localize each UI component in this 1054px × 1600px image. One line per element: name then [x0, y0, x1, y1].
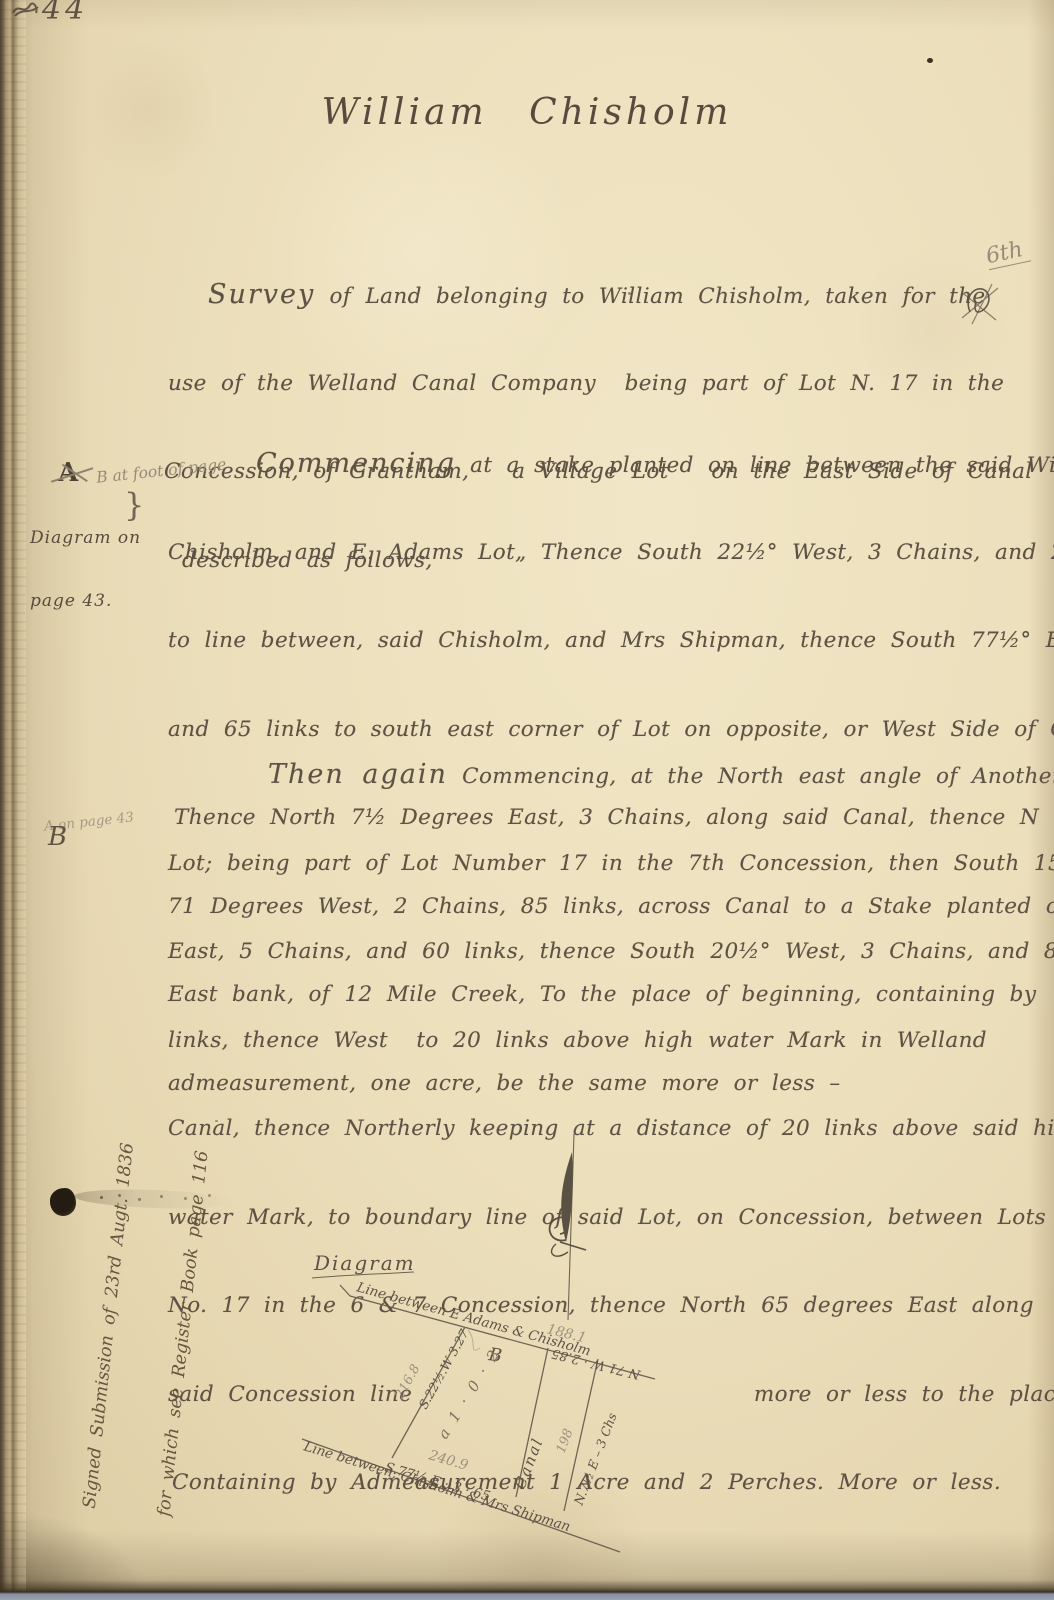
- diagram-title: Diagram: [313, 1251, 416, 1275]
- north-arrow-ornament: [550, 1152, 586, 1256]
- adams-bearing-label: N 71 W · 2.85: [550, 1345, 643, 1382]
- canal-bearing-label: N.7½ E – 3 Chs: [570, 1411, 619, 1508]
- canal-label: Canal: [511, 1435, 547, 1492]
- canal-pencil-measure: 198: [554, 1427, 577, 1456]
- survey-diagram: Diagram Line between E Adams & Chisholm …: [0, 0, 1054, 1600]
- shipman-pencil-measure: 240.9: [426, 1447, 470, 1474]
- photo-bottom-edge: [0, 1580, 1054, 1600]
